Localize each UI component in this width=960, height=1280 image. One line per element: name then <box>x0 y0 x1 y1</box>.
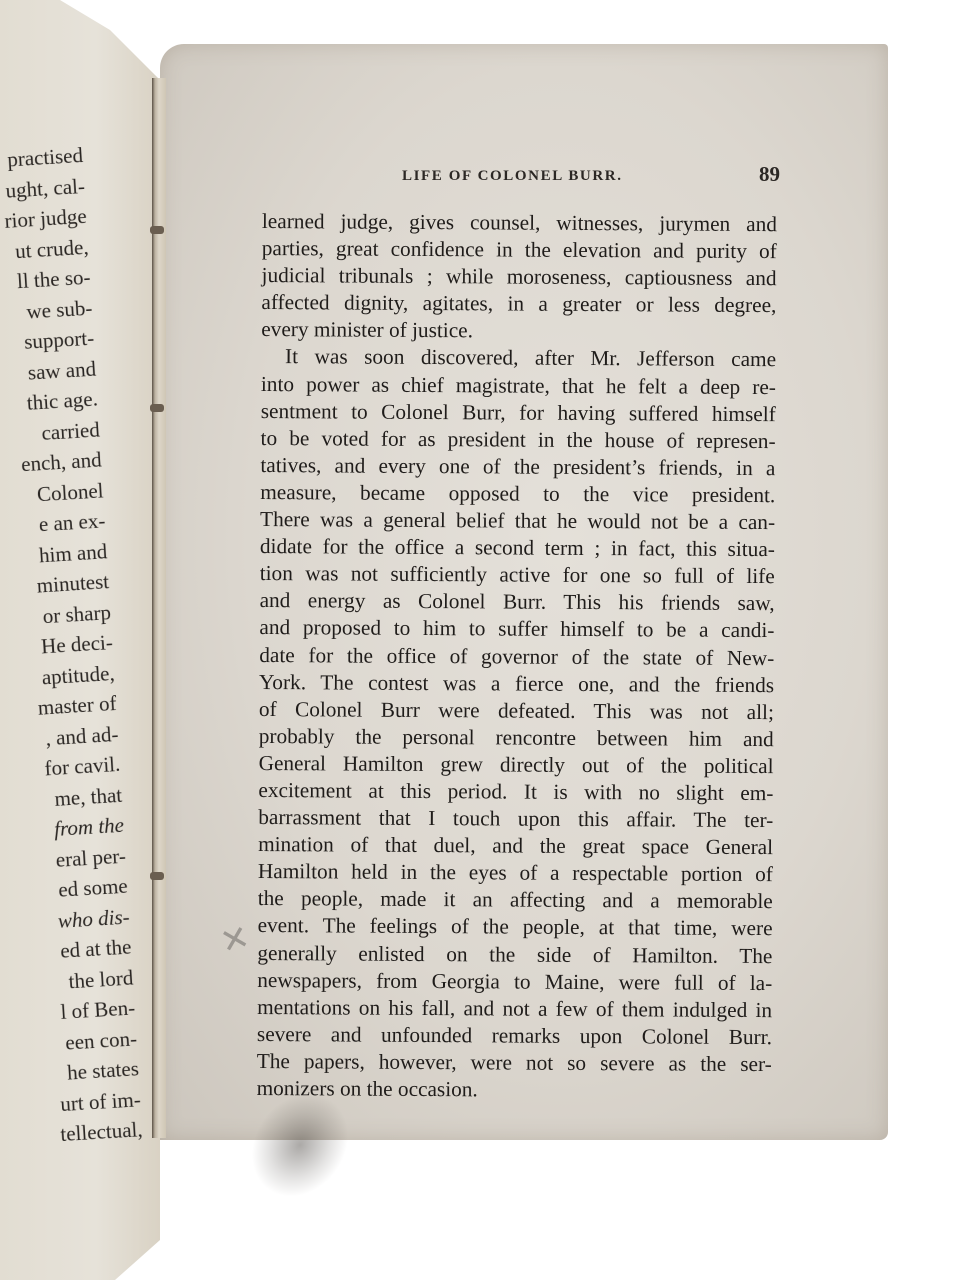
text-line: event. The feelings of the people, at th… <box>258 912 773 942</box>
text-line: generally enlisted on the side of Hamilt… <box>257 940 772 970</box>
text-line: tion was not sufficiently active for one… <box>260 560 775 590</box>
binding-thread-notch <box>150 872 164 880</box>
text-line: didate for the office a second term ; in… <box>260 533 775 563</box>
text-line: The papers, however, were not so severe … <box>257 1048 772 1078</box>
text-line: York. The contest was a fierce one, and … <box>259 669 774 699</box>
text-line: to be voted for as president in the hous… <box>261 425 776 455</box>
text-line: mentations on his fall, and not a few of… <box>257 994 772 1024</box>
book-gutter <box>152 78 166 1138</box>
page-body-text: learned judge, gives counsel, witnesses,… <box>257 208 777 1105</box>
text-line: severe and unfounded remarks upon Colone… <box>257 1021 772 1051</box>
text-line: judicial tribunals ; while moroseness, c… <box>262 262 777 292</box>
text-line: of Colonel Burr were defeated. This was … <box>259 696 774 726</box>
text-line: affected dignity, agitates, in a greater… <box>261 289 776 319</box>
text-line: Hamilton held in the eyes of a respectab… <box>258 858 773 888</box>
left-page-text: practisedught, cal-rior judgeut crude,ll… <box>0 140 143 1157</box>
paragraph: learned judge, gives counsel, witnesses,… <box>261 208 777 347</box>
left-page: practisedught, cal-rior judgeut crude,ll… <box>0 0 160 1280</box>
text-line: There was a general belief that he would… <box>260 506 775 536</box>
binding-thread-notch <box>150 226 164 234</box>
text-line: learned judge, gives counsel, witnesses,… <box>262 208 777 238</box>
text-line: tatives, and every one of the president’… <box>260 452 775 482</box>
text-line: parties, great confidence in the elevati… <box>262 235 777 265</box>
text-line: every minister of justice. <box>261 316 776 346</box>
text-line: General Hamilton grew directly out of th… <box>259 750 774 780</box>
text-line: monizers on the occasion. <box>257 1075 772 1105</box>
text-line: into power as chief magistrate, that he … <box>261 371 776 401</box>
left-page-line: tellectual, <box>0 1114 143 1157</box>
text-line: barrassment that I touch upon this affai… <box>258 804 773 834</box>
text-line: the people, made it an affecting and a m… <box>258 885 773 915</box>
text-line: excitement at this period. It is with no… <box>258 777 773 807</box>
text-line: newspapers, from Georgia to Maine, were … <box>257 967 772 997</box>
running-head: LIFE OF COLONEL BURR. <box>402 168 732 185</box>
binding-thread-notch <box>150 404 164 412</box>
text-line: mination of that duel, and the great spa… <box>258 831 773 861</box>
text-line: and energy as Colonel Burr. This his fri… <box>260 587 775 617</box>
page-number: 89 <box>740 162 780 187</box>
text-line: probably the personal rencontre between … <box>259 723 774 753</box>
text-line: measure, became opposed to the vice pres… <box>260 479 775 509</box>
text-line: date for the office of governor of the s… <box>259 641 774 671</box>
paragraph: It was soon discovered, after Mr. Jeffer… <box>257 343 777 1105</box>
text-line: sentment to Colonel Burr, for having suf… <box>261 398 776 428</box>
text-line: It was soon discovered, after Mr. Jeffer… <box>261 343 776 373</box>
text-line: and proposed to him to suffer himself to… <box>259 614 774 644</box>
